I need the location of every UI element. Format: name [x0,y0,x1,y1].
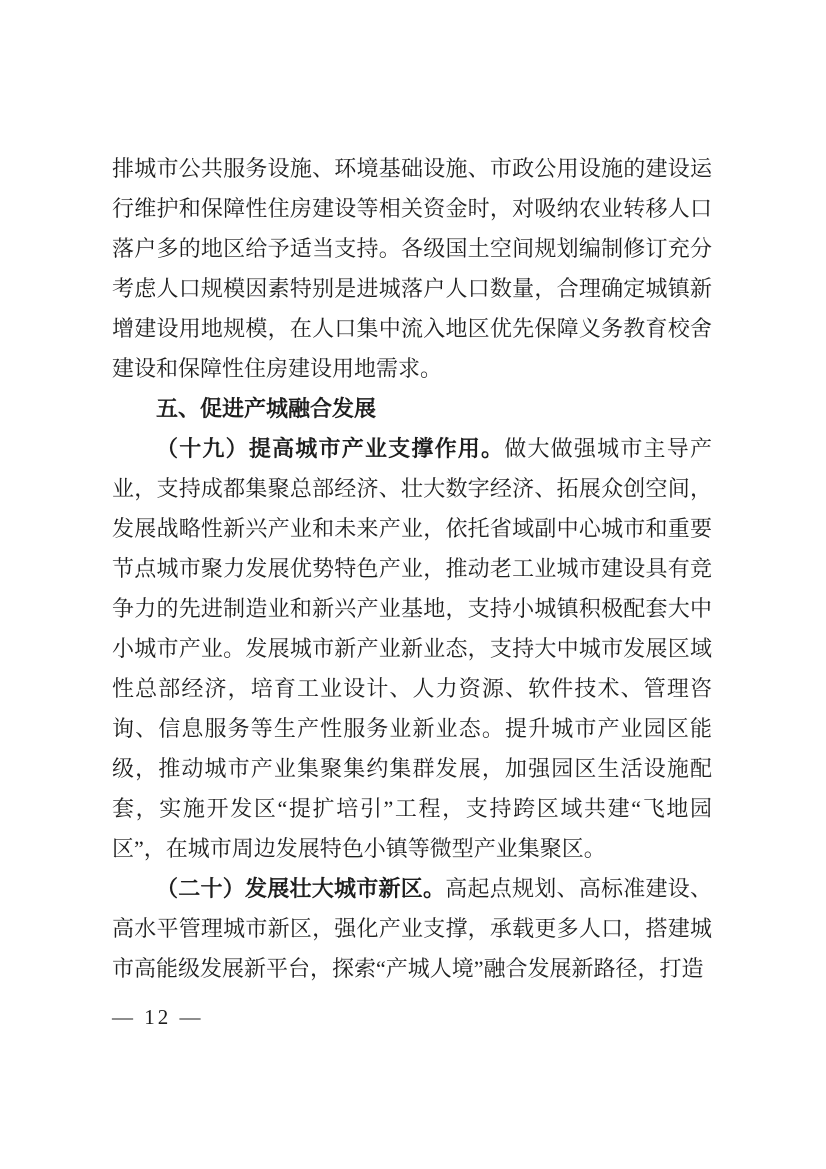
paragraph-continued-from-previous-page: 排城市公共服务设施、环境基础设施、市政公用设施的建设运行维护和保障性住房建设等相… [112,149,712,389]
section-heading-five: 五、促进产城融合发展 [112,389,712,429]
paragraph-item-19-lead: （十九）提高城市产业支撑作用。 [156,436,504,461]
document-body: 排城市公共服务设施、环境基础设施、市政公用设施的建设运行维护和保障性住房建设等相… [112,149,712,989]
paragraph-item-20: （二十）发展壮大城市新区。高起点规划、高标准建设、高水平管理城市新区，强化产业支… [112,869,712,989]
paragraph-item-19-text: 做大做强城市主导产业，支持成都集聚总部经济、壮大数字经济、拓展众创空间，发展战略… [112,436,712,861]
paragraph-item-20-lead: （二十）发展壮大城市新区。 [156,876,445,901]
paragraph-item-19: （十九）提高城市产业支撑作用。做大做强城市主导产业，支持成都集聚总部经济、壮大数… [112,429,712,869]
page-number: — 12 — [112,1002,204,1032]
document-page: 排城市公共服务设施、环境基础设施、市政公用设施的建设运行维护和保障性住房建设等相… [0,0,826,1169]
